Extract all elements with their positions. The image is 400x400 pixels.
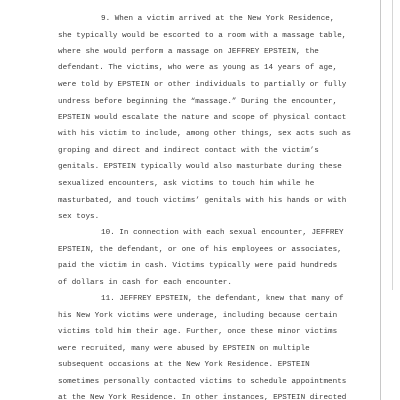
text-line: sometimes personally contacted victims t…: [58, 377, 346, 387]
text-line: of dollars in cash for each encounter.: [58, 278, 232, 288]
text-line: masturbated, and touch victims’ genitals…: [58, 196, 346, 206]
text-line: sex toys.: [58, 212, 99, 222]
document-body: 9. When a victim arrived at the New York…: [0, 0, 400, 400]
text-line: undress before beginning the “massage.” …: [58, 97, 337, 107]
text-line: paid the victim in cash. Victims typical…: [58, 261, 337, 271]
text-line: EPSTEIN would escalate the nature and sc…: [58, 113, 346, 123]
text-line: sexualized encounters, ask victims to to…: [58, 179, 314, 189]
paragraph-11-line: 11. JEFFREY EPSTEIN, the defendant, knew…: [101, 294, 344, 304]
text-line: genitals. EPSTEIN typically would also m…: [58, 162, 342, 172]
document-page: 9. When a victim arrived at the New York…: [0, 0, 400, 400]
text-line: at the New York Residence. In other inst…: [58, 393, 346, 400]
text-line: his New York victims were underage, incl…: [58, 311, 337, 321]
text-line: were recruited, many were abused by EPST…: [58, 344, 310, 354]
text-line: defendant. The victims, who were as youn…: [58, 63, 337, 73]
text-line: where she would perform a massage on JEF…: [58, 47, 319, 57]
text-line: subsequent occasions at the New York Res…: [58, 360, 310, 370]
paragraph-9-line: 9. When a victim arrived at the New York…: [101, 14, 334, 24]
text-line: with his victim to include, among other …: [58, 129, 351, 139]
text-line: victims told him their age. Further, onc…: [58, 327, 337, 337]
text-line: she typically would be escorted to a roo…: [58, 31, 346, 41]
text-line: were told by EPSTEIN or other individual…: [58, 80, 346, 90]
paragraph-10-line: 10. In connection with each sexual encou…: [101, 228, 344, 238]
text-line: EPSTEIN, the defendant, or one of his em…: [58, 245, 342, 255]
text-line: groping and direct and indirect contact …: [58, 146, 319, 156]
